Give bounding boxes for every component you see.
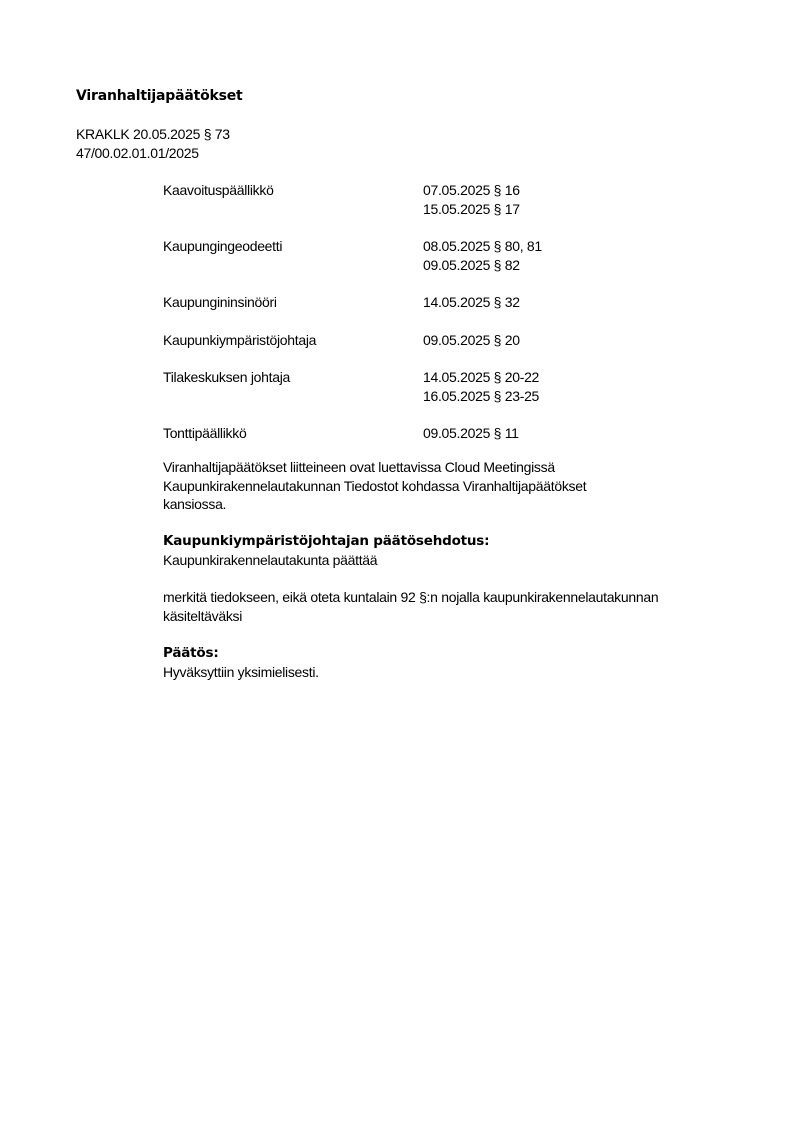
decision-official: Tonttipäällikkö [163, 424, 423, 443]
decision-heading: Päätös: [163, 644, 723, 663]
decision-row: Tilakeskuksen johtaja14.05.2025 § 20-221… [163, 368, 663, 405]
decision-row: Kaavoituspäällikkö07.05.2025 § 1615.05.2… [163, 181, 663, 218]
proposal-text: merkitä tiedokseen, eikä oteta kuntalain… [163, 588, 723, 625]
decision-official: Kaupungingeodeetti [163, 237, 423, 274]
decision-date: 09.05.2025 § 82 [423, 256, 542, 275]
document-page: Viranhaltijapäätökset KRAKLK 20.05.2025 … [0, 0, 794, 1122]
reference-line: KRAKLK 20.05.2025 § 73 [76, 125, 230, 143]
decision-dates: 14.05.2025 § 20-2216.05.2025 § 23-25 [423, 368, 539, 405]
decision-official: Kaupungininsinööri [163, 293, 423, 312]
note-paragraph: Viranhaltijapäätökset liitteineen ovat l… [163, 458, 723, 514]
decision-date: 08.05.2025 § 80, 81 [423, 237, 542, 256]
note-line: kansiossa. [163, 495, 723, 514]
document-title: Viranhaltijapäätökset [76, 88, 243, 104]
decision-date: 16.05.2025 § 23-25 [423, 387, 539, 406]
proposal-text-line: käsiteltäväksi [163, 607, 723, 626]
decisions-list: Kaavoituspäällikkö07.05.2025 § 1615.05.2… [163, 181, 663, 462]
decision-date: 09.05.2025 § 11 [423, 424, 519, 443]
decision-date: 09.05.2025 § 20 [423, 331, 520, 350]
decision-dates: 09.05.2025 § 11 [423, 424, 519, 443]
decision-dates: 09.05.2025 § 20 [423, 331, 520, 350]
decision-official: Kaavoituspäällikkö [163, 181, 423, 218]
decision-dates: 14.05.2025 § 32 [423, 293, 520, 312]
proposal-heading: Kaupunkiympäristöjohtajan päätösehdotus: [163, 532, 723, 551]
proposal-line: Kaupunkirakennelautakunta päättää [163, 551, 723, 570]
note-line: Viranhaltijapäätökset liitteineen ovat l… [163, 458, 723, 477]
decision-row: Kaupungininsinööri14.05.2025 § 32 [163, 293, 663, 312]
decision-row: Kaupunkiympäristöjohtaja09.05.2025 § 20 [163, 331, 663, 350]
proposal-text-line: merkitä tiedokseen, eikä oteta kuntalain… [163, 588, 723, 607]
decision-date: 07.05.2025 § 16 [423, 181, 520, 200]
note-line: Kaupunkirakennelautakunnan Tiedostot koh… [163, 477, 723, 496]
decision-text: Hyväksyttiin yksimielisesti. [163, 663, 723, 682]
decision-dates: 08.05.2025 § 80, 8109.05.2025 § 82 [423, 237, 542, 274]
record-number: 47/00.02.01.01/2025 [76, 144, 199, 162]
decision-date: 15.05.2025 § 17 [423, 200, 520, 219]
decision-date: 14.05.2025 § 20-22 [423, 368, 539, 387]
decision-date: 14.05.2025 § 32 [423, 293, 520, 312]
decision-row: Tonttipäällikkö09.05.2025 § 11 [163, 424, 663, 443]
decision-dates: 07.05.2025 § 1615.05.2025 § 17 [423, 181, 520, 218]
decision-official: Kaupunkiympäristöjohtaja [163, 331, 423, 350]
decision-official: Tilakeskuksen johtaja [163, 368, 423, 405]
decision-row: Kaupungingeodeetti08.05.2025 § 80, 8109.… [163, 237, 663, 274]
